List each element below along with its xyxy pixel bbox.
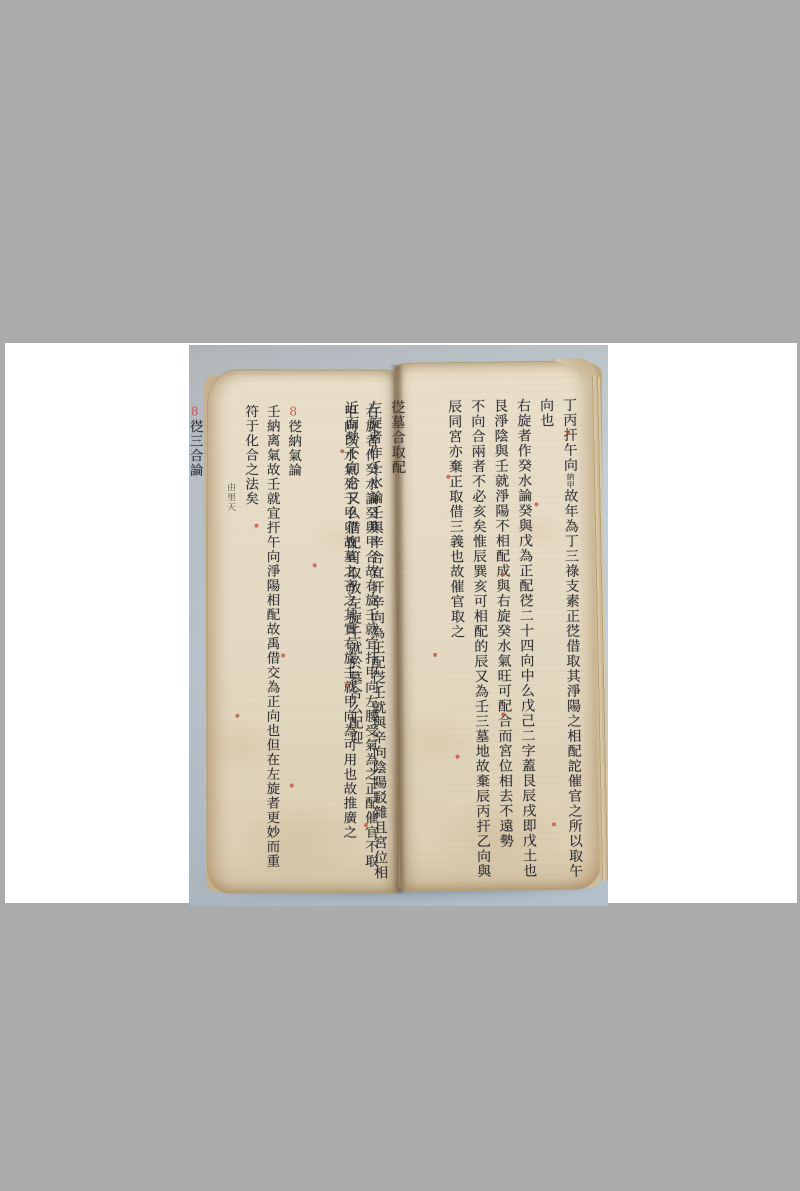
manuscript-column: 符于化合之法矣 bbox=[238, 404, 260, 882]
fore-edge bbox=[590, 375, 608, 881]
vermilion-section-mark-icon: 8 bbox=[189, 404, 202, 419]
right-page: 丁丙扞午向納甲故年為丁三祿支素正徔借取其淨陽之相配詑催官之所以取午向也右旋者作癸… bbox=[394, 360, 603, 892]
vermilion-dot bbox=[534, 502, 538, 506]
section-header-column: 8徔納氣論 bbox=[281, 404, 337, 882]
vermilion-dot bbox=[552, 822, 556, 826]
vermilion-dot bbox=[501, 573, 505, 577]
vermilion-section-mark-icon: 8 bbox=[286, 404, 300, 419]
vermilion-dot bbox=[456, 755, 460, 759]
vermilion-dot bbox=[566, 430, 570, 434]
page-background: { "scene": { "page_background_color": "#… bbox=[0, 0, 800, 1191]
vermilion-dot bbox=[433, 653, 437, 657]
vermilion-dot bbox=[235, 714, 239, 718]
inline-annotation: 納甲 bbox=[566, 473, 575, 489]
right-page-text: 丁丙扞午向納甲故年為丁三祿支素正徔借取其淨陽之相配詑催官之所以取午向也右旋者作癸… bbox=[339, 397, 587, 882]
vermilion-dot bbox=[290, 783, 294, 787]
manuscript-column: 壬納离氣故壬就宜扞午向淨陽相配故禹借交為正向也但在左旋者更妙而重 bbox=[260, 404, 282, 882]
vermilion-dot bbox=[313, 563, 317, 567]
vermilion-dot bbox=[281, 653, 285, 657]
vermilion-dot bbox=[364, 823, 368, 827]
spine-gutter-shadow bbox=[390, 365, 406, 893]
section-header-column: 8徔三合論 bbox=[189, 404, 239, 882]
vermilion-dot bbox=[255, 524, 259, 528]
vermilion-dot bbox=[501, 713, 505, 717]
manuscript-photo: 右旋者作癸水論癸與甲合故右旋壬就宜扞甲向左腰受氣為之正配催官不取甲向以水氣死于甲… bbox=[189, 345, 608, 906]
vermilion-dot bbox=[446, 475, 450, 479]
margin-note: 由里天 bbox=[224, 482, 237, 552]
manuscript-column: 丁丙扞午向納甲故年為丁三祿支素正徔借取其淨陽之相配詑催官之所以取午向也 bbox=[534, 397, 587, 880]
open-manuscript-book: 右旋者作癸水論癸與甲合故右旋壬就宜扞甲向左腰受氣為之正配催官不取甲向以水氣死于甲… bbox=[194, 352, 602, 899]
vermilion-dot bbox=[345, 683, 349, 687]
vermilion-dot bbox=[340, 449, 344, 453]
